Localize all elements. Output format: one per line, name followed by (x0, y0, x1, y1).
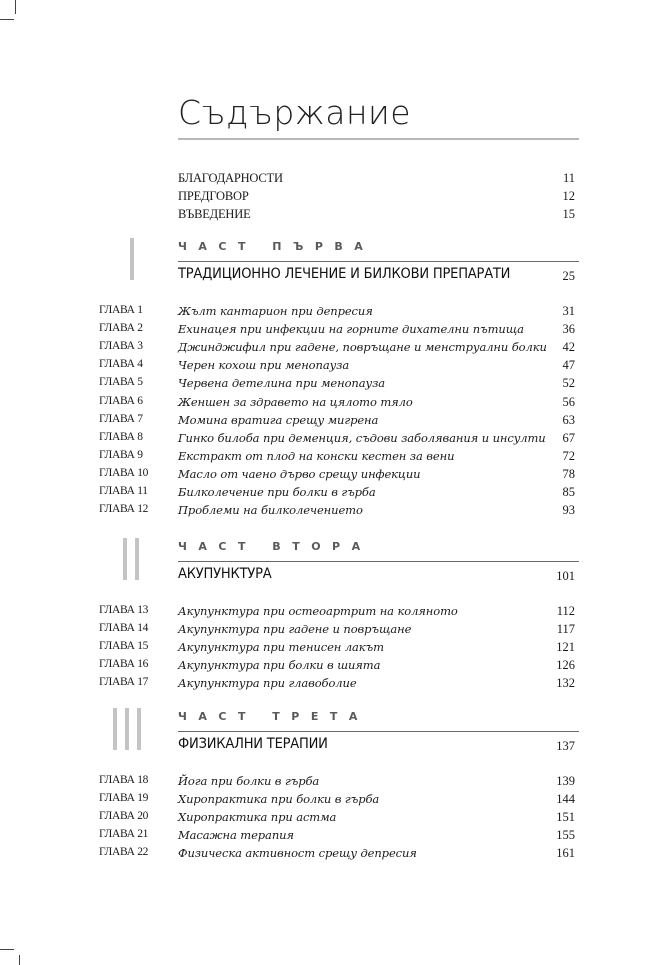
part-rule (178, 561, 579, 562)
part-page: 101 (556, 569, 575, 584)
chapter-title: Джинджифил при гадене, повръщане и менст… (178, 340, 547, 354)
chapter-page: 72 (563, 449, 576, 464)
chapter-title: Хиропрактика при болки в гърба (178, 792, 379, 806)
chapter-entry[interactable]: ГЛАВА 5Червена детелина при менопауза52 (0, 376, 669, 394)
chapter-label: ГЛАВА 17 (99, 676, 148, 688)
chapter-entry[interactable]: ГЛАВА 17Акупунктура при главоболие132 (0, 676, 669, 694)
chapter-entry[interactable]: ГЛАВА 19Хиропрактика при болки в гърба14… (0, 792, 669, 810)
chapter-label: ГЛАВА 14 (99, 622, 148, 634)
part-kicker: ЧАСТ ВТОРА (178, 540, 372, 553)
chapter-title: Акупунктура при болки в шията (178, 658, 380, 672)
chapter-title: Акупунктура при остеоартрит на коляното (178, 604, 458, 618)
chapter-title: Масажна терапия (178, 828, 294, 842)
chapter-label: ГЛАВА 15 (99, 640, 148, 652)
entry-page: 15 (563, 207, 576, 222)
chapter-label: ГЛАВА 16 (99, 658, 148, 670)
chapter-title: Акупунктура при гадене и повръщане (178, 622, 411, 636)
chapter-page: 67 (563, 431, 576, 446)
chapter-label: ГЛАВА 1 (99, 304, 143, 316)
crop-mark-bottom-left-v (19, 955, 20, 965)
chapter-page: 155 (556, 828, 575, 843)
chapter-title: Акупунктура при главоболие (178, 676, 357, 690)
chapter-label: ГЛАВА 20 (99, 810, 148, 822)
chapter-title: Хиропрактика при астма (178, 810, 336, 824)
chapter-page: 36 (563, 322, 576, 337)
entry-label: ПРЕДГОВОР (178, 189, 249, 204)
chapter-title: Екстракт от плод на конски кестен за вен… (178, 449, 454, 463)
chapter-title: Женшен за здравето на цялото тяло (178, 395, 413, 409)
page-title: Съдържание (178, 96, 411, 129)
crop-mark-bottom-left-h (0, 949, 14, 950)
crop-mark-top-left-h (0, 19, 14, 20)
title-rule (178, 138, 579, 140)
chapter-entry[interactable]: ГЛАВА 2Ехинацея при инфекции на горните … (0, 322, 669, 340)
chapter-page: 93 (563, 503, 576, 518)
chapter-title: Гинко билоба при деменция, съдови заболя… (178, 431, 546, 445)
chapter-entry[interactable]: ГЛАВА 21Масажна терапия155 (0, 828, 669, 846)
chapter-label: ГЛАВА 19 (99, 792, 148, 804)
chapter-entry[interactable]: ГЛАВА 1Жълт кантарион при депресия31 (0, 304, 669, 322)
chapter-page: 52 (563, 376, 576, 391)
toc-entry[interactable]: БЛАГОДАРНОСТИ 11 (0, 171, 669, 189)
chapter-entry[interactable]: ГЛАВА 18Йога при болки в гърба139 (0, 774, 669, 792)
chapter-page: 31 (563, 304, 576, 319)
chapter-label: ГЛАВА 18 (99, 774, 148, 786)
chapter-page: 151 (556, 810, 575, 825)
chapter-title: Билколечение при болки в гърба (178, 485, 376, 499)
chapter-label: ГЛАВА 6 (99, 395, 143, 407)
chapter-page: 56 (563, 395, 576, 410)
chapter-title: Жълт кантарион при депресия (178, 304, 373, 318)
entry-label: ВЪВЕДЕНИЕ (178, 207, 251, 222)
chapter-label: ГЛАВА 3 (99, 340, 143, 352)
chapter-page: 47 (563, 358, 576, 373)
chapter-entry[interactable]: ГЛАВА 13Акупунктура при остеоартрит на к… (0, 604, 669, 622)
part-page: 25 (563, 269, 576, 284)
chapter-page: 144 (556, 792, 575, 807)
chapter-title: Акупунктура при тенисен лакът (178, 640, 384, 654)
chapter-title: Физическа активност срещу депресия (178, 846, 417, 860)
chapter-page: 132 (556, 676, 575, 691)
chapter-entry[interactable]: ГЛАВА 11Билколечение при болки в гърба85 (0, 485, 669, 503)
part-kicker: ЧАСТ ТРЕТА (178, 710, 369, 723)
chapter-label: ГЛАВА 8 (99, 431, 143, 443)
part-heading[interactable]: АКУПУНКТУРА101 (0, 566, 669, 584)
chapter-label: ГЛАВА 5 (99, 376, 143, 388)
chapter-label: ГЛАВА 12 (99, 503, 148, 515)
chapter-label: ГЛАВА 4 (99, 358, 143, 370)
part-rule (178, 731, 579, 732)
chapter-label: ГЛАВА 21 (99, 828, 148, 840)
chapter-entry[interactable]: ГЛАВА 20Хиропрактика при астма151 (0, 810, 669, 828)
part-title: ФИЗИКАЛНИ ТЕРАПИИ (178, 736, 328, 752)
chapter-title: Масло от чаено дърво срещу инфекции (178, 467, 420, 481)
chapter-page: 42 (563, 340, 576, 355)
chapter-title: Червена детелина при менопауза (178, 376, 385, 390)
part-kicker: ЧАСТ ПЪРВА (178, 240, 374, 253)
chapter-page: 121 (556, 640, 575, 655)
chapter-entry[interactable]: ГЛАВА 10Масло от чаено дърво срещу инфек… (0, 467, 669, 485)
chapter-page: 78 (563, 467, 576, 482)
part-heading[interactable]: ТРАДИЦИОННО ЛЕЧЕНИЕ И БИЛКОВИ ПРЕПАРАТИ2… (0, 266, 669, 284)
toc-entry[interactable]: ПРЕДГОВОР 12 (0, 189, 669, 207)
part-rule (178, 261, 579, 262)
chapter-entry[interactable]: ГЛАВА 6Женшен за здравето на цялото тяло… (0, 395, 669, 413)
toc-entry[interactable]: ВЪВЕДЕНИЕ 15 (0, 207, 669, 225)
chapter-page: 63 (563, 413, 576, 428)
chapter-label: ГЛАВА 13 (99, 604, 148, 616)
chapter-page: 117 (557, 622, 575, 637)
chapter-entry[interactable]: ГЛАВА 16Акупунктура при болки в шията126 (0, 658, 669, 676)
chapter-entry[interactable]: ГЛАВА 4Черен кохош при менопауза47 (0, 358, 669, 376)
entry-label: БЛАГОДАРНОСТИ (178, 171, 283, 186)
chapter-label: ГЛАВА 7 (99, 413, 143, 425)
chapter-label: ГЛАВА 2 (99, 322, 143, 334)
chapter-page: 161 (556, 846, 575, 861)
chapter-title: Проблеми на билколечението (178, 503, 363, 517)
chapter-label: ГЛАВА 9 (99, 449, 143, 461)
chapter-entry[interactable]: ГЛАВА 8Гинко билоба при деменция, съдови… (0, 431, 669, 449)
chapter-page: 139 (556, 774, 575, 789)
chapter-entry[interactable]: ГЛАВА 22Физическа активност срещу депрес… (0, 846, 669, 864)
entry-page: 11 (563, 171, 575, 186)
part-title: ТРАДИЦИОННО ЛЕЧЕНИЕ И БИЛКОВИ ПРЕПАРАТИ (178, 266, 510, 282)
chapter-title: Черен кохош при менопауза (178, 358, 349, 372)
chapter-title: Ехинацея при инфекции на горните дихател… (178, 322, 524, 336)
chapter-page: 126 (556, 658, 575, 673)
chapter-title: Момина вратига срещу мигрена (178, 413, 378, 427)
chapter-entry[interactable]: ГЛАВА 15Акупунктура при тенисен лакът121 (0, 640, 669, 658)
chapter-label: ГЛАВА 11 (99, 485, 148, 497)
chapter-entry[interactable]: ГЛАВА 12Проблеми на билколечението93 (0, 503, 669, 521)
chapter-entry[interactable]: ГЛАВА 9Екстракт от плод на конски кестен… (0, 449, 669, 467)
chapter-label: ГЛАВА 10 (99, 467, 148, 479)
chapter-entry[interactable]: ГЛАВА 14Акупунктура при гадене и повръща… (0, 622, 669, 640)
chapter-entry[interactable]: ГЛАВА 7Момина вратига срещу мигрена63 (0, 413, 669, 431)
chapter-page: 85 (563, 485, 576, 500)
chapter-label: ГЛАВА 22 (99, 846, 148, 858)
chapter-entry[interactable]: ГЛАВА 3Джинджифил при гадене, повръщане … (0, 340, 669, 358)
entry-page: 12 (563, 189, 576, 204)
part-page: 137 (556, 739, 575, 754)
chapter-title: Йога при болки в гърба (178, 774, 319, 788)
chapter-page: 112 (557, 604, 575, 619)
crop-mark-top-left-v (15, 0, 16, 14)
part-title: АКУПУНКТУРА (178, 566, 271, 582)
part-heading[interactable]: ФИЗИКАЛНИ ТЕРАПИИ137 (0, 736, 669, 754)
